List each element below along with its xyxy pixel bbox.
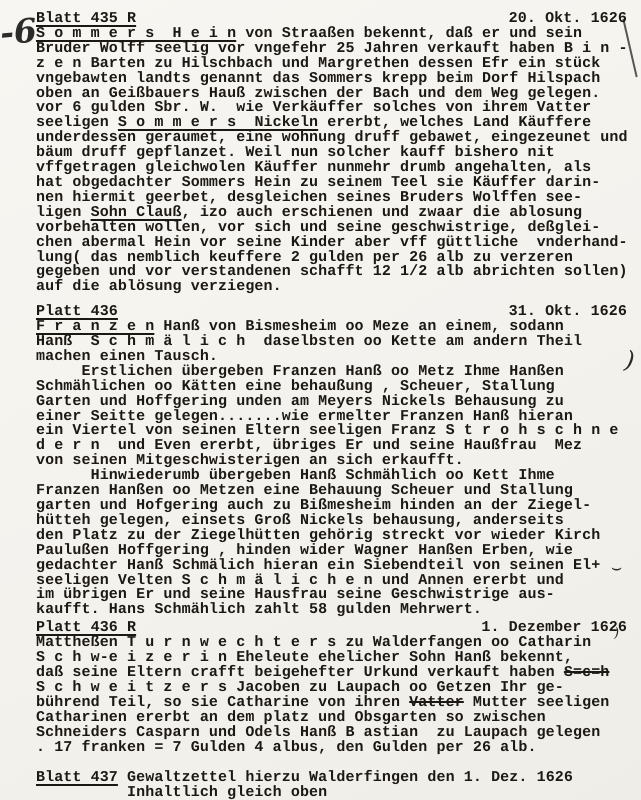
- document-section: Blatt 435 R20. Okt. 1626S o m m e r s H …: [36, 12, 637, 295]
- document-section: Platt 436 R1. Dezember 1626Mattheßen T u…: [36, 621, 637, 755]
- scanned-page: -6 ) ⌣ ) Blatt 435 R20. Okt. 1626S o m m…: [0, 0, 641, 800]
- document-section: Blatt 437 Gewaltzettel hierzu Walderfing…: [36, 771, 637, 800]
- text-line: auf die ablösung verziegen.: [36, 280, 637, 295]
- text-line: . 17 franken = 7 Gulden 4 albus, den Gul…: [36, 741, 637, 756]
- handwritten-margin-number: -6: [0, 10, 38, 52]
- text-line: kaufft. Hans Schmählich zahlt 58 gulden …: [36, 603, 637, 618]
- document-section: Platt 43631. Okt. 1626F r a n z e n Hanß…: [36, 305, 637, 618]
- text-line: Inhaltlich gleich oben: [36, 786, 637, 800]
- document-content: Blatt 435 R20. Okt. 1626S o m m e r s H …: [36, 12, 637, 800]
